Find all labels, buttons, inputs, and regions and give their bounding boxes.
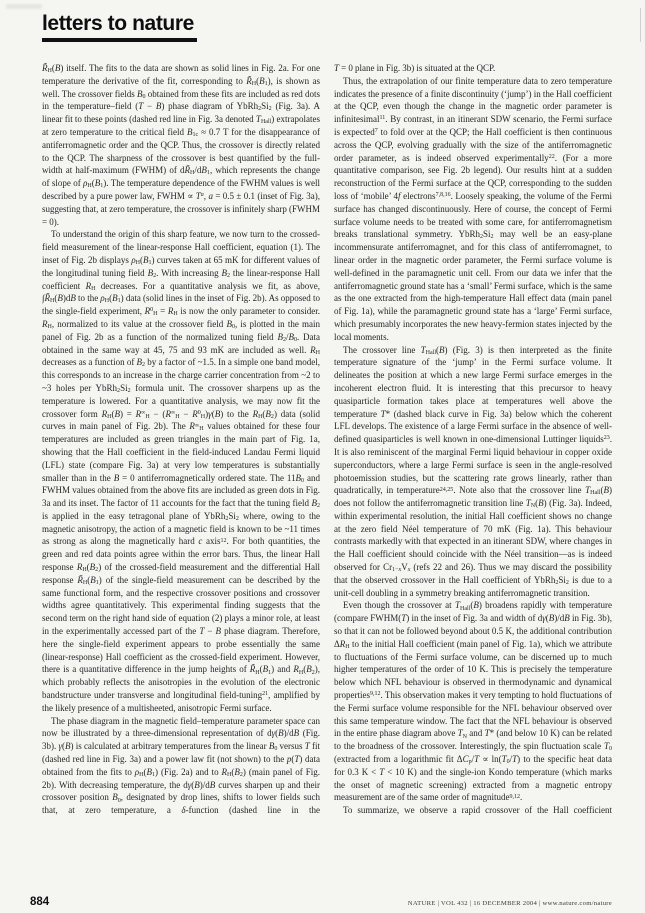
scan-artifact <box>6 4 42 9</box>
left-column: R̃H(B) itself. The fits to the data are … <box>42 62 320 889</box>
paragraph: Thus, the extrapolation of our finite te… <box>334 75 612 344</box>
paragraph: The crossover line THall(B) (Fig. 3) is … <box>334 344 612 600</box>
paragraph: To summarize, we observe a rapid crossov… <box>334 804 612 817</box>
paragraph: The phase diagram in the magnetic field–… <box>42 715 320 817</box>
section-title: letters to nature <box>42 12 197 42</box>
right-column: T = 0 plane in Fig. 3b) is situated at t… <box>334 62 612 889</box>
article-body: R̃H(B) itself. The fits to the data are … <box>42 62 612 889</box>
page-number: 884 <box>30 896 49 908</box>
journal-info: NATURE | VOL 432 | 16 DECEMBER 2004 | ww… <box>408 900 612 907</box>
print-registration-mark <box>640 8 641 42</box>
section-header: letters to nature <box>42 12 197 42</box>
paragraph: Even though the crossover at THall(B) br… <box>334 599 612 804</box>
journal-page: letters to nature R̃H(B) itself. The fit… <box>0 0 645 913</box>
paragraph-continuation: T = 0 plane in Fig. 3b) is situated at t… <box>334 62 612 75</box>
paragraph-continuation: R̃H(B) itself. The fits to the data are … <box>42 62 320 228</box>
page-footer: 884 NATURE | VOL 432 | 16 DECEMBER 2004 … <box>30 896 612 908</box>
paragraph: To understand the origin of this sharp f… <box>42 228 320 714</box>
